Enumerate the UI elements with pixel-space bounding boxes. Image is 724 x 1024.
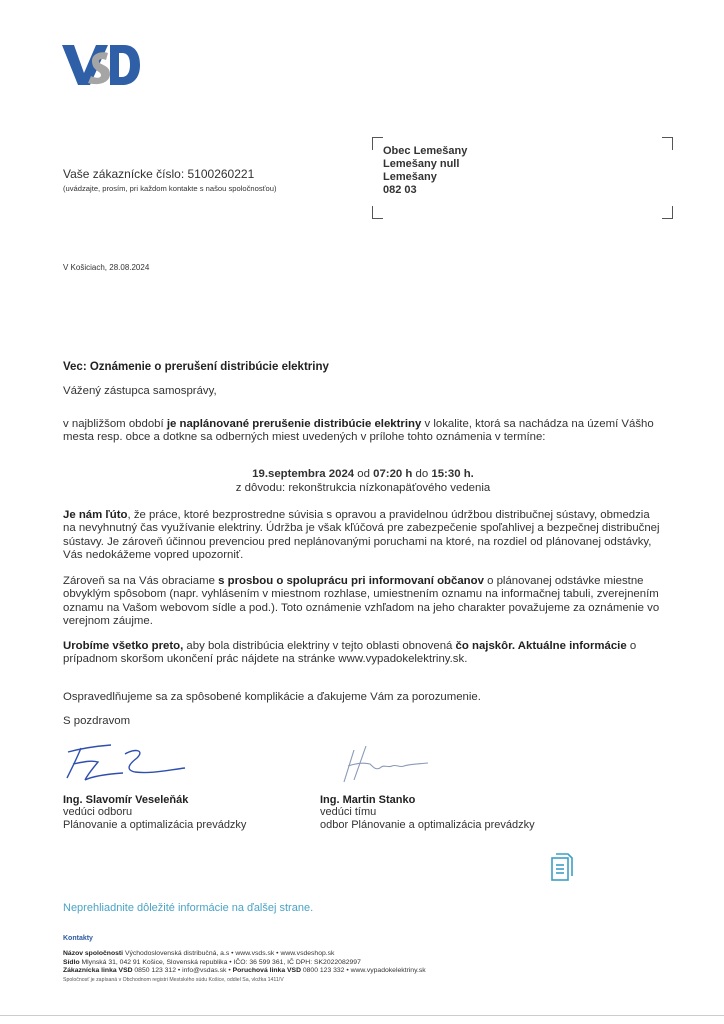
signatory-dept: Plánovanie a optimalizácia prevádzky <box>63 819 246 832</box>
customer-number: Vaše zákaznícke číslo: 5100260221 <box>63 167 254 181</box>
contacts-registry: Spoločnosť je zapísaná v Obchodnom regis… <box>63 976 426 985</box>
closing: S pozdravom <box>63 715 663 728</box>
next-page-note: Neprehliadnite dôležité informácie na ďa… <box>63 902 313 914</box>
greeting: Vážený zástupca samosprávy, <box>63 385 663 398</box>
contacts-lines: Zákaznícka linka VSD 0850 123 312 • info… <box>63 967 426 976</box>
signatory-name: Ing. Slavomír Veseleňák <box>63 794 246 806</box>
paragraph-restore: Urobíme všetko preto, aby bola distribúc… <box>63 640 663 667</box>
paragraph-regret: Je nám ľúto, že práce, ktoré bezprostred… <box>63 509 663 563</box>
documents-icon <box>550 852 574 882</box>
recipient-line: 082 03 <box>383 184 467 197</box>
outage-reason: z dôvodu: rekonštrukcia nízkonapäťového … <box>63 481 663 495</box>
address-corner <box>372 206 383 219</box>
signatory-role: vedúci odboru <box>63 806 246 819</box>
outage-details: 19.septembra 2024 od 07:20 h do 15:30 h.… <box>63 467 663 495</box>
recipient-line: Lemešany null <box>383 158 467 171</box>
contacts-seat: Sídlo Mlynská 31, 042 91 Košice, Slovens… <box>63 959 426 968</box>
signatory-name: Ing. Martin Stanko <box>320 794 535 806</box>
address-corner <box>372 137 383 150</box>
outage-from: 07:20 h <box>373 468 412 480</box>
signatory: Ing. Slavomír Veseleňák vedúci odboru Pl… <box>63 794 246 832</box>
signature-veselenak <box>63 740 188 785</box>
outage-to: 15:30 h. <box>431 468 473 480</box>
apology: Ospravedlňujeme sa za spôsobené kompliká… <box>63 691 663 704</box>
paragraph-intro: v najbližšom období je naplánované preru… <box>63 418 663 445</box>
signatory-role: vedúci tímu <box>320 806 535 819</box>
contacts-block: Názov spoločnosti Východoslovenská distr… <box>63 950 426 984</box>
address-corner <box>662 137 673 150</box>
recipient-line: Obec Lemešany <box>383 145 467 158</box>
page-edge <box>0 1015 724 1016</box>
signatory-dept: odbor Plánovanie a optimalizácia prevádz… <box>320 819 535 832</box>
signature-stanko <box>340 742 430 784</box>
contacts-heading: Kontakty <box>63 935 93 942</box>
address-corner <box>662 206 673 219</box>
signatory: Ing. Martin Stanko vedúci tímu odbor Plá… <box>320 794 535 832</box>
customer-number-note: (uvádzajte, prosím, pri každom kontakte … <box>63 184 276 193</box>
subject: Vec: Oznámenie o prerušení distribúcie e… <box>63 361 329 373</box>
place-date: V Košiciach, 28.08.2024 <box>63 263 149 272</box>
recipient-address: Obec Lemešany Lemešany null Lemešany 082… <box>383 145 467 197</box>
outage-date: 19.septembra 2024 <box>252 468 354 480</box>
paragraph-cooperation: Zároveň sa na Vás obraciame s prosbou o … <box>63 575 663 629</box>
contacts-company: Názov spoločnosti Východoslovenská distr… <box>63 950 426 959</box>
recipient-line: Lemešany <box>383 171 467 184</box>
vsd-logo <box>62 43 140 87</box>
